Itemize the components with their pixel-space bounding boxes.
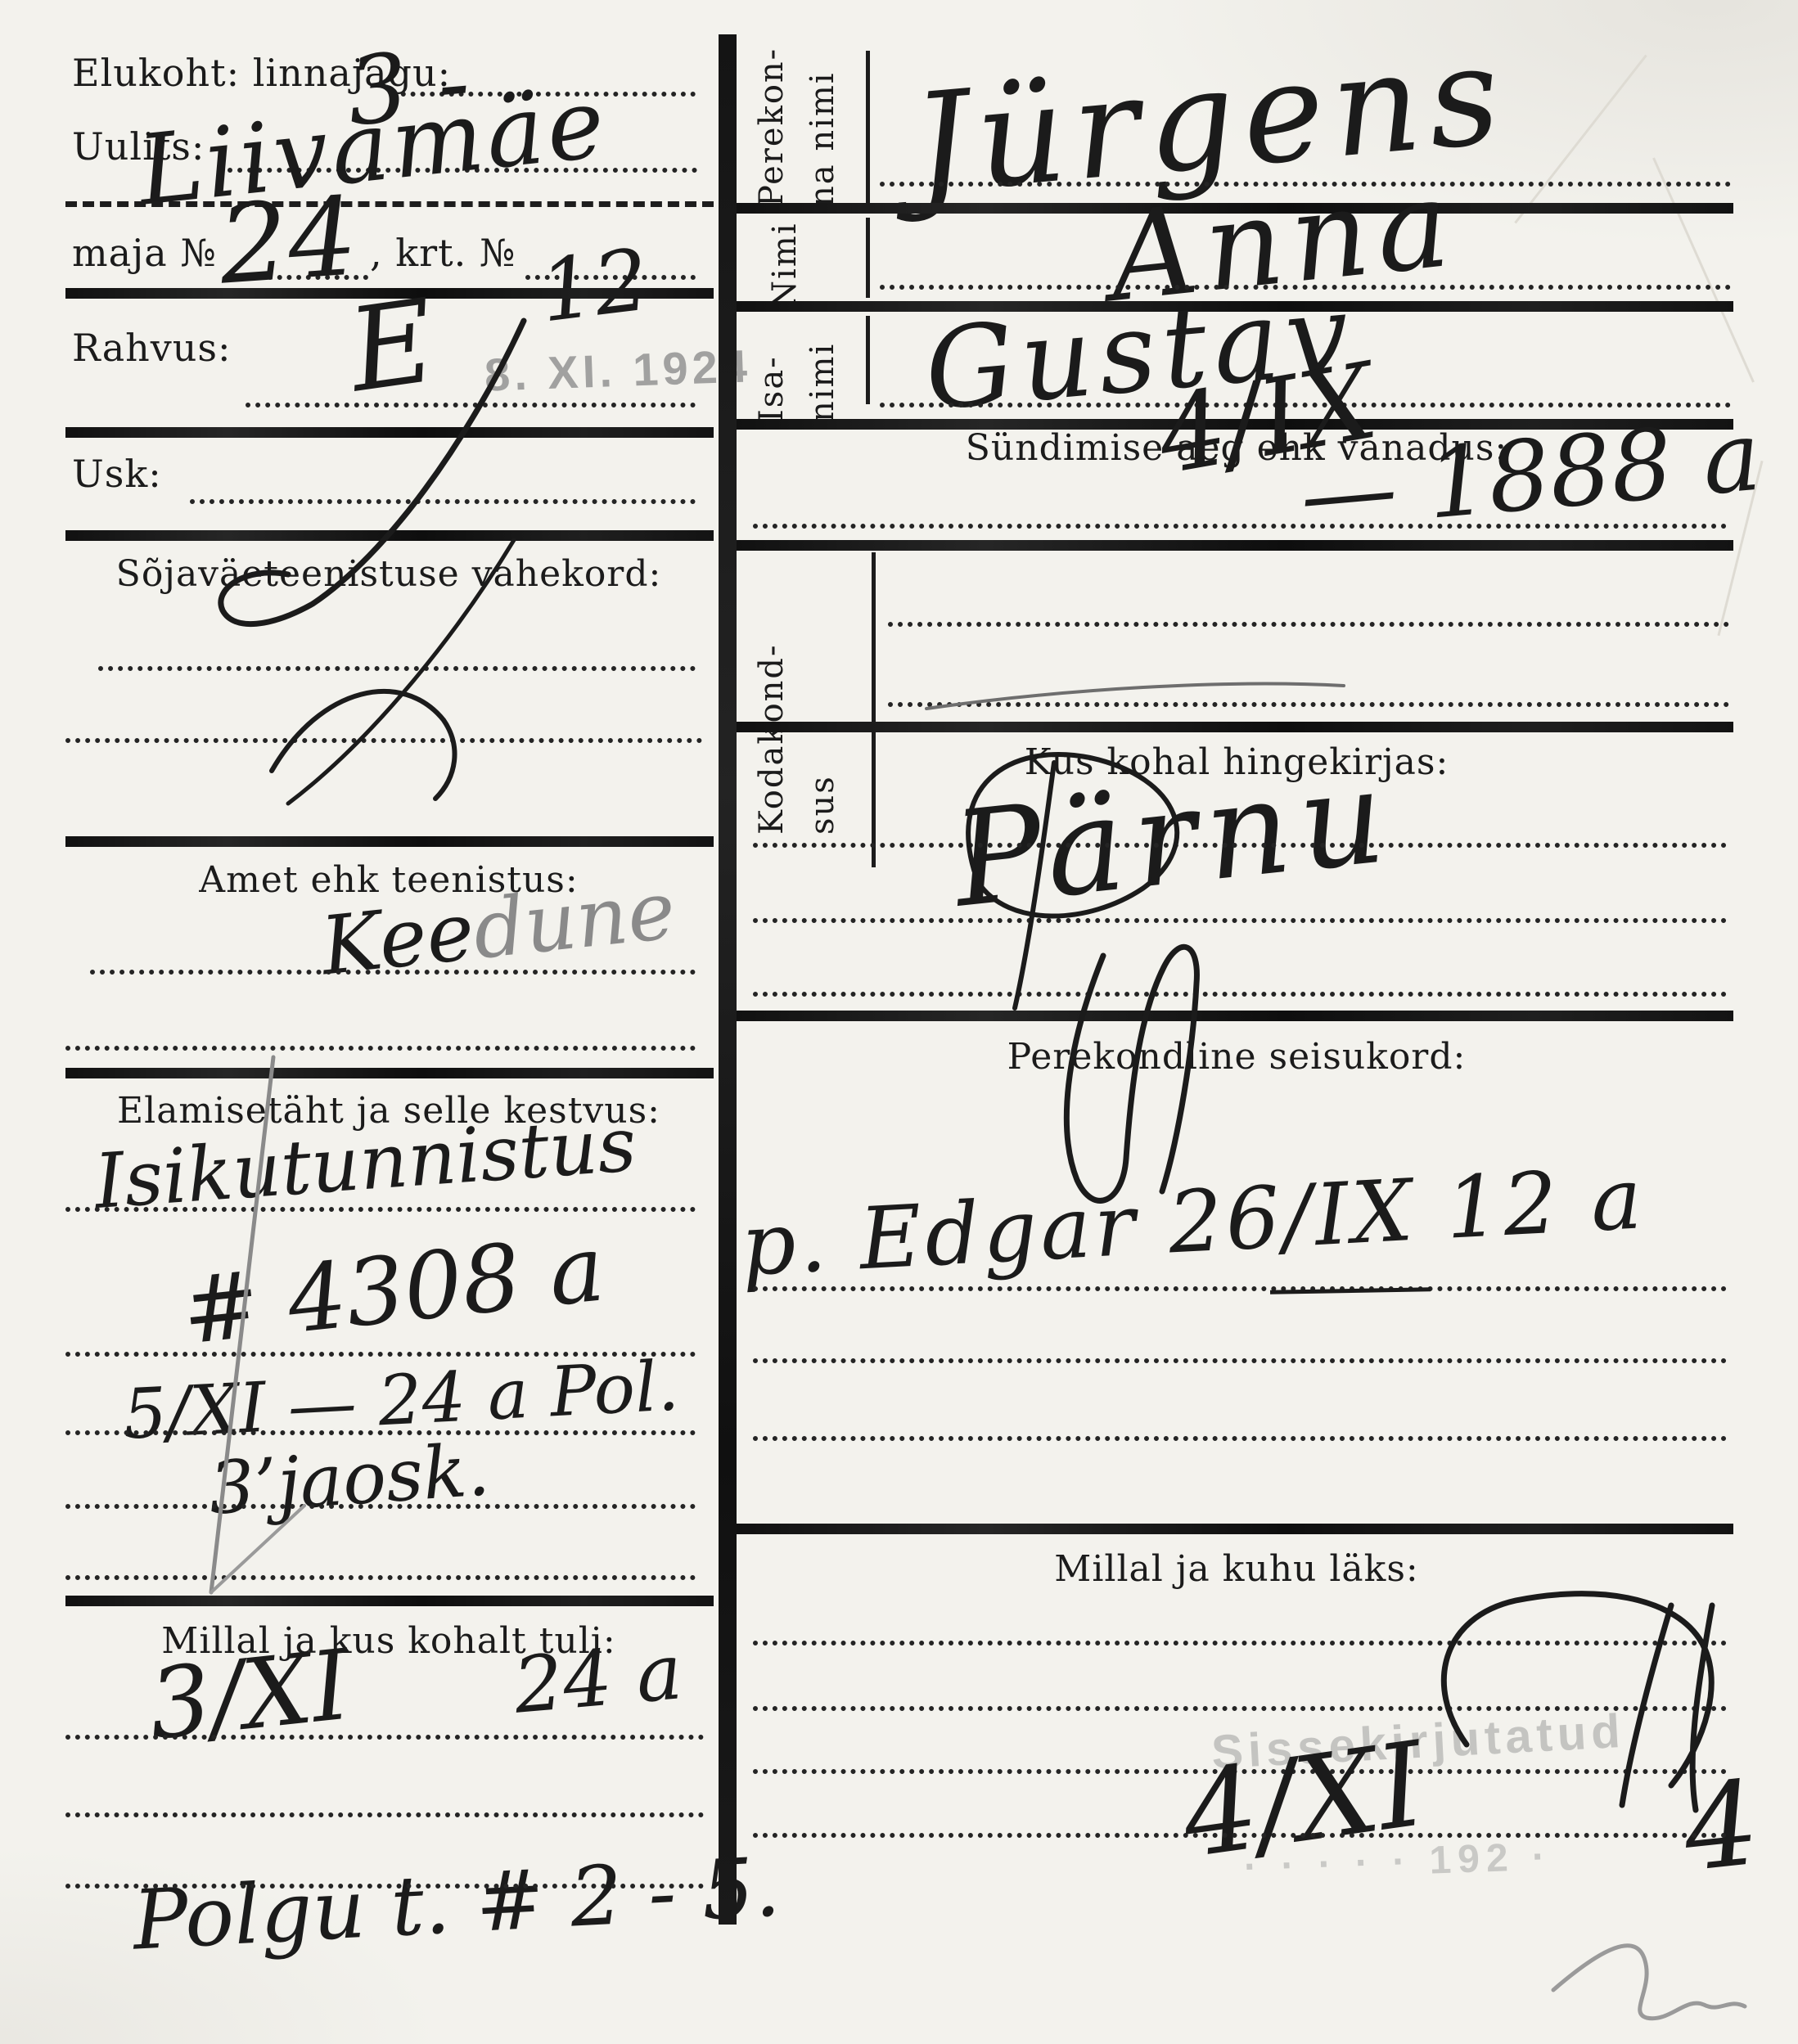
pen-flourish-laks-signature [1444,1594,1712,1810]
handwritten-krt-value: 12 [534,229,654,341]
date-stamp: 8. XI. 1924 [484,339,752,401]
dotted-line [753,843,1727,848]
handwritten-laks-value2: 4 [1678,1756,1765,1898]
label-line: nimi [804,343,841,422]
section-divider [737,540,1733,551]
dotted-line [190,499,696,504]
dotted-line [65,1735,704,1740]
field-label-nimi: Nimi [759,219,810,309]
label-separator-rule [866,316,870,404]
handwritten-tuli-line2: Polgu t. # 2 - 5. [130,1839,782,1968]
dotted-line [65,1046,696,1051]
section-divider [65,530,714,541]
label-line: na nimi [804,71,841,207]
scan-crease [1652,157,1755,382]
column-divider [719,34,737,1925]
section-divider [737,1524,1733,1534]
header-seisukord: Perekondline seisukord: [741,1036,1733,1078]
section-divider [65,1596,714,1606]
section-divider [65,1068,714,1078]
field-label-isanimi: Isa- nimi [746,316,848,422]
dotted-line [65,738,702,743]
section-divider [65,836,714,847]
pen-flourish-sojavae-arch [272,691,454,799]
section-divider [737,1011,1733,1021]
field-label-usk: Usk: [72,452,162,496]
label-separator-rule [866,218,870,298]
dotted-line [753,992,1727,997]
handwritten-tuli-date: 3/XI [143,1628,355,1762]
dotted-line [888,702,1729,707]
label-line: Isa- [753,355,791,422]
label-line: Perekon- [753,47,791,207]
section-divider [65,427,714,438]
dotted-line [90,970,696,975]
label-line: sus [804,775,841,835]
header-sojavaeteenistus: Sõjaväeteenistuse vahekord: [65,553,712,595]
field-label-rahvus: Rahvus: [72,326,231,370]
field-label-maja: maja № [72,231,217,275]
label-line: Nimi [766,222,804,309]
label-line: Kodakond- [753,643,791,835]
dotted-line [98,666,696,671]
dotted-line [753,524,1727,529]
registration-stamp-line2: · · · · · 192 · [1243,1834,1552,1889]
register-card-scan: Elukoht: linnajagu: 3 - Uulits: Liivamäe… [0,0,1798,2044]
amet-pencil-part: dune [469,864,680,978]
header-laks: Millal ja kuhu läks: [741,1548,1733,1590]
dotted-line [65,1812,704,1817]
label-separator-rule [872,552,876,867]
dotted-line [753,1358,1727,1363]
amet-ink-part: Kee [317,885,478,993]
field-label-kodakondsus: Kodakond- sus [746,556,848,835]
dotted-line [753,1641,1727,1646]
pencil-signature-bottom [1553,1946,1745,2019]
dotted-line [246,403,696,407]
dotted-line [65,1207,696,1212]
field-label-krt: , krt. № [370,231,516,275]
handwritten-tuli-year: 24 a [511,1628,686,1731]
dashed-line [65,201,714,207]
dotted-line [65,1504,696,1509]
dotted-line [65,1575,696,1580]
handwritten-elamis-line2: # 4308 a [178,1215,610,1365]
dotted-line [65,1884,704,1889]
dotted-line [753,918,1727,923]
dotted-line [753,1436,1727,1441]
label-separator-rule [866,51,870,206]
dotted-line [753,1833,1727,1838]
dotted-line [888,622,1729,627]
field-label-perekonnanimi: Perekon- na nimi [746,47,848,207]
section-divider [737,722,1733,732]
scan-crease [1514,55,1647,224]
handwritten-seisukord-value: p. Edgar 26/IX 12 a [739,1148,1647,1295]
dotted-line [753,1286,1727,1291]
